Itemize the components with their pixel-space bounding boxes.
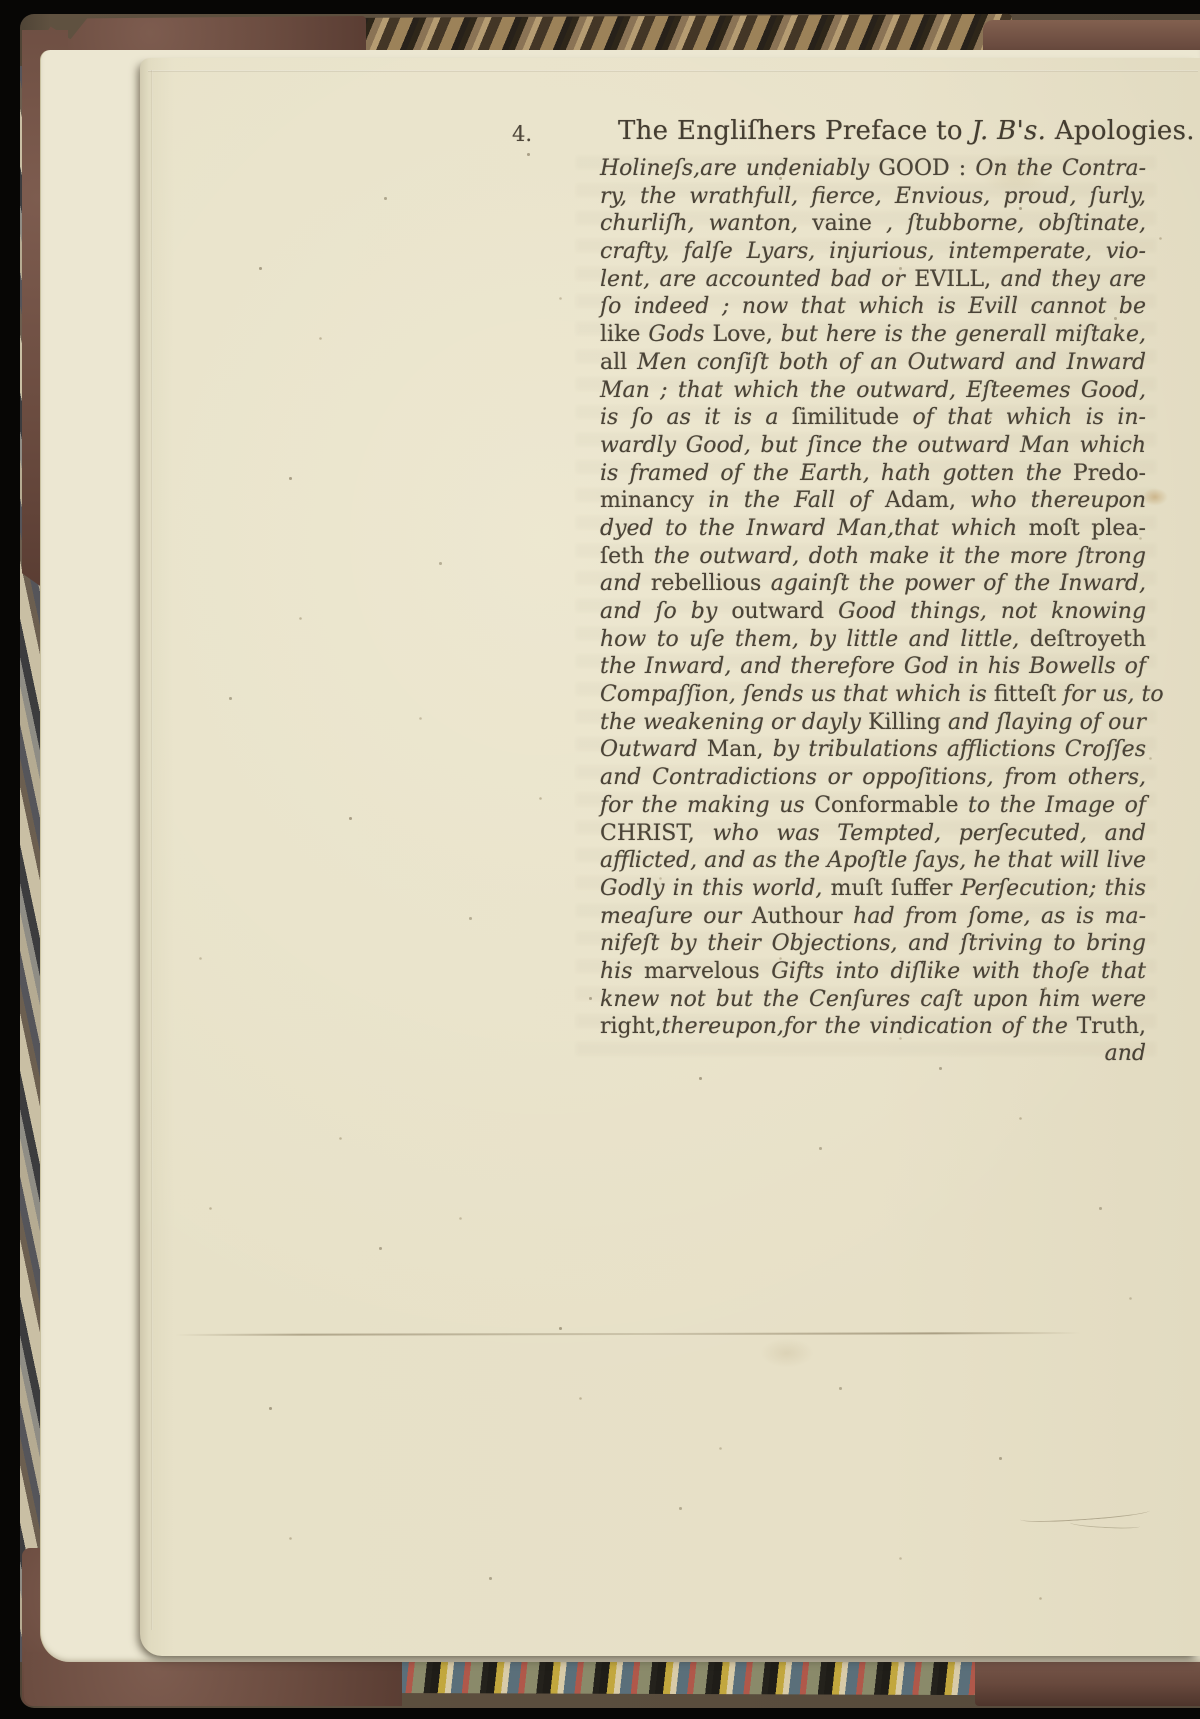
text-line: Outward Man, by tribulations afflictions…: [600, 736, 1146, 764]
body-text: Holineſs,are undeniably GOOD : On the Co…: [600, 155, 1146, 1041]
text-line: CHRIST, who was Tempted, perſecuted, and: [600, 820, 1146, 848]
page-number: 4.: [512, 122, 532, 146]
text-line: churliſh, wanton, vaine , ſtubborne, obſ…: [600, 210, 1146, 238]
page-emboss-line-horizontal: [148, 70, 1198, 72]
paper-mark: [1070, 1519, 1140, 1530]
text-line: knew not but the Cenſures caſt upon him …: [600, 986, 1146, 1014]
text-line: Compaſſion, ſends us that which is fitte…: [600, 681, 1146, 709]
text-line: Godly in this world, muſt ſuffer Perſecu…: [600, 875, 1146, 903]
text-line: his marvelous Gifts into diſlike with th…: [600, 958, 1146, 986]
text-line: lent, are accounted bad or EVILL, and th…: [600, 266, 1146, 294]
text-line: the Inward, and therefore God in his Bow…: [600, 653, 1146, 681]
text-line: the weakening or dayly Killing and ſlayi…: [600, 709, 1146, 737]
text-line: wardly Good, but ſince the outward Man w…: [600, 432, 1146, 460]
text-line: dyed to the Inward Man,that which moſt p…: [600, 515, 1146, 543]
text-line: ſo indeed ; now that which is Evill cann…: [600, 293, 1146, 321]
running-title: The Engliſhers Preface to J. B's. Apolog…: [618, 116, 1195, 146]
page-emboss-line-vertical: [151, 70, 153, 1630]
text-line: crafty, falſe Lyars, injurious, intemper…: [600, 238, 1146, 266]
text-line: meaſure our Authour had from ſome, as is…: [600, 903, 1146, 931]
text-line: minancy in the Fall of Adam, who thereup…: [600, 487, 1146, 515]
text-line: is ſo as it is a ſimilitude of that whic…: [600, 404, 1146, 432]
paper-scratch-line: [175, 1332, 1080, 1336]
text-line: ſeth the outward, doth make it the more …: [600, 543, 1146, 571]
text-line: Man ; that which the outward, Eſteemes G…: [600, 377, 1146, 405]
text-line: and ſo by outward Good things, not knowi…: [600, 598, 1146, 626]
text-line: is framed of the Earth, hath gotten the …: [600, 460, 1146, 488]
text-line: like Gods Love, but here is the generall…: [600, 321, 1146, 349]
text-line: and rebellious againſt the power of the …: [600, 570, 1146, 598]
catchword: and: [600, 1041, 1150, 1066]
book-photograph: 4. The Engliſhers Preface to J. B's. Apo…: [0, 0, 1200, 1719]
text-line: Holineſs,are undeniably GOOD : On the Co…: [600, 155, 1146, 183]
text-line: nifeſt by their Objections, and ſtriving…: [600, 930, 1146, 958]
book-page: 4. The Engliſhers Preface to J. B's. Apo…: [140, 58, 1200, 1656]
text-line: ry, the wrathfull, fierce, Envious, prou…: [600, 183, 1146, 211]
text-line: right,thereupon,for the vindication of t…: [600, 1013, 1146, 1041]
text-line: and Contradictions or oppoſitions, from …: [600, 764, 1146, 792]
paper-speckles: [140, 58, 141, 59]
paper-stain: [760, 1338, 814, 1368]
text-line: all Men conſiſt both of an Outward and I…: [600, 349, 1146, 377]
text-line: for the making us Conformable to the Ima…: [600, 792, 1146, 820]
text-line: how to uſe them, by little and little, d…: [600, 626, 1146, 654]
text-line: afflicted, and as the Apoſtle ſays, he t…: [600, 847, 1146, 875]
